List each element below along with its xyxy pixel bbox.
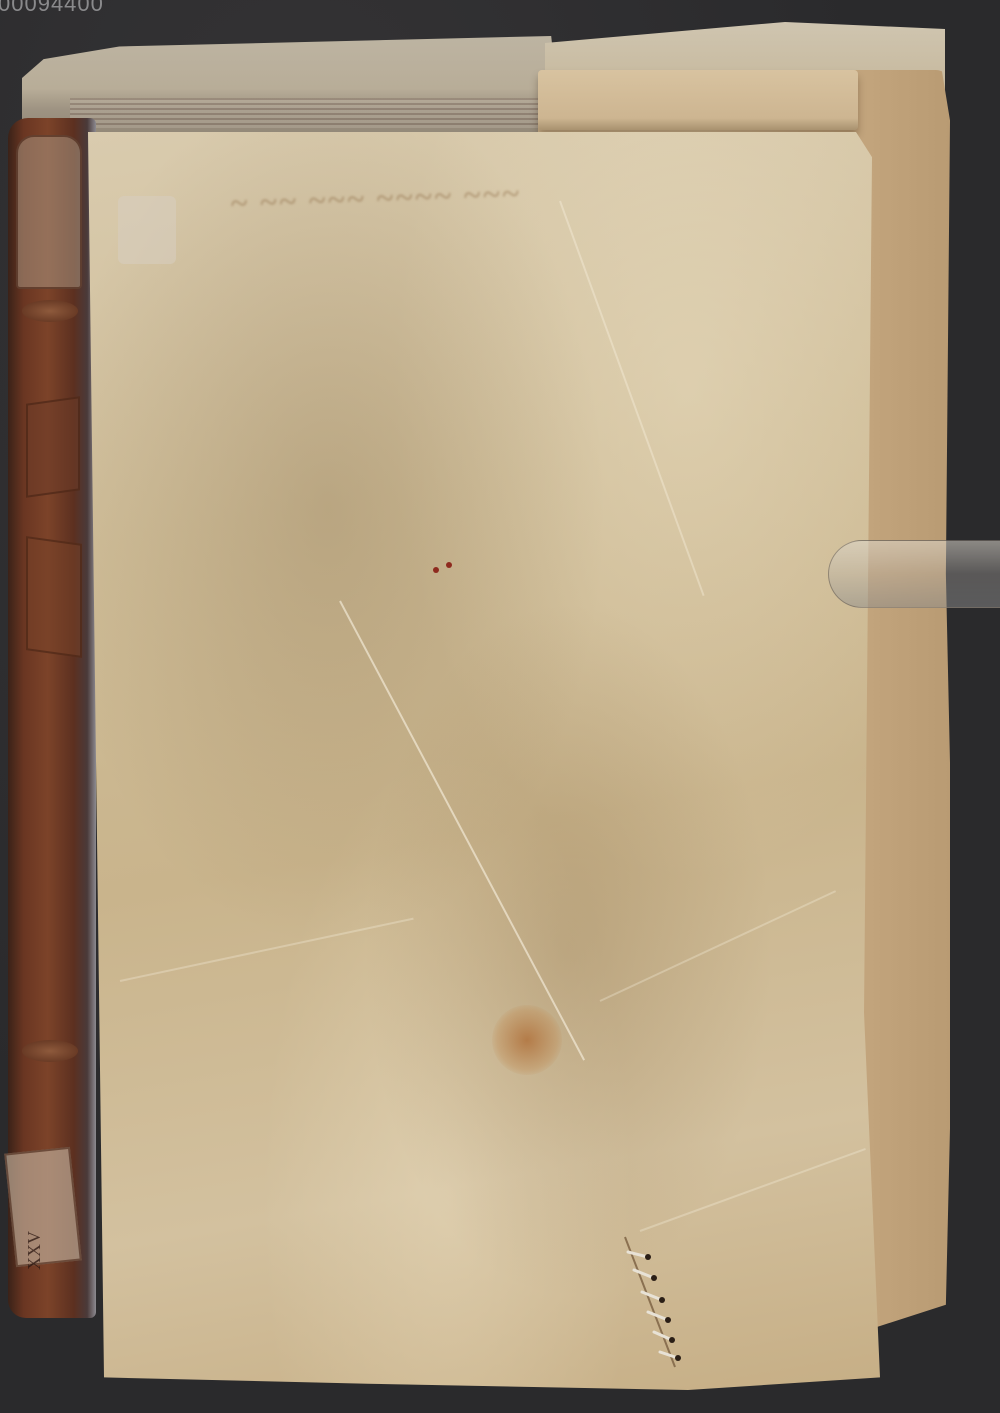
spine-bottom-text: XXV (24, 1231, 45, 1270)
spine (8, 118, 96, 1318)
paper-patch (118, 196, 176, 264)
spine-label-lower (26, 536, 82, 658)
spine-band (22, 300, 78, 322)
fold-tab (538, 70, 858, 130)
plastic-clip (828, 540, 1000, 608)
water-stain (492, 1005, 562, 1075)
red-spot (433, 567, 439, 573)
red-spot (446, 562, 452, 568)
page-edges (70, 98, 540, 128)
scan-id-label: 00094400 (0, 0, 104, 17)
spine-label-middle (26, 396, 80, 498)
stitched-repair (620, 1232, 700, 1372)
spine-label-top (16, 135, 82, 289)
spine-band (22, 1040, 78, 1062)
front-cover (88, 132, 888, 1390)
